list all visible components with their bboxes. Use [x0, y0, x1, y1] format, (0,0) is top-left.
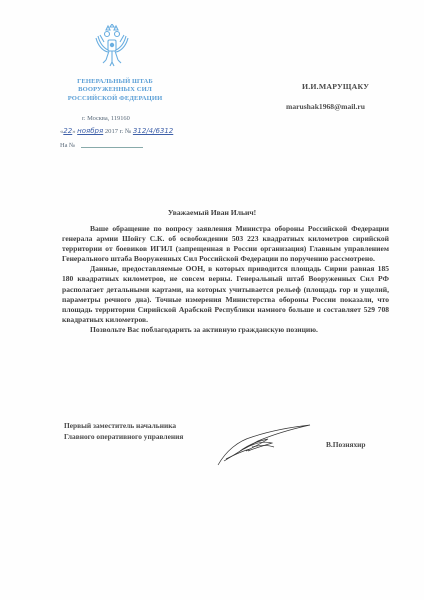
- recipient-email: marushak1968@mail.ru: [286, 102, 365, 111]
- organization-name: ГЕНЕРАЛЬНЫЙ ШТАБ ВООРУЖЕННЫХ СИЛ РОССИЙС…: [60, 78, 170, 103]
- org-line: РОССИЙСКОЙ ФЕДЕРАЦИИ: [60, 95, 170, 103]
- signer-name: В.Позняхир: [326, 440, 366, 449]
- document-number: 312/4/6312: [133, 127, 173, 135]
- coat-of-arms-icon: [94, 24, 130, 68]
- org-line: ВООРУЖЕННЫХ СИЛ: [60, 86, 170, 94]
- reference-line: На №: [60, 142, 143, 149]
- recipient-name: И.И.МАРУЩАКУ: [302, 82, 369, 91]
- date-and-number-line: «22» ноября 2017 г. № 312/4/6312: [60, 127, 173, 135]
- signer-title: Первый заместитель начальника Главного о…: [64, 421, 183, 442]
- handwritten-signature-icon: [212, 421, 312, 469]
- city-address: г. Москва, 119160: [82, 115, 130, 122]
- org-line: ГЕНЕРАЛЬНЫЙ ШТАБ: [60, 78, 170, 86]
- paragraph: Позвольте Вас поблагодарить за активную …: [62, 325, 389, 335]
- salutation: Уважаемый Иван Ильич!: [0, 208, 424, 217]
- reference-label: На №: [60, 142, 75, 149]
- letter-body: Ваше обращение по вопросу заявления Мини…: [62, 224, 389, 335]
- paragraph: Ваше обращение по вопросу заявления Мини…: [62, 224, 389, 264]
- date-day: 22: [63, 127, 72, 135]
- paragraph: Данные, предоставляемые ООН, в которых п…: [62, 264, 389, 325]
- letter-page: ГЕНЕРАЛЬНЫЙ ШТАБ ВООРУЖЕННЫХ СИЛ РОССИЙС…: [0, 0, 424, 600]
- reference-blank: [81, 147, 143, 148]
- date-month: ноября: [77, 127, 103, 135]
